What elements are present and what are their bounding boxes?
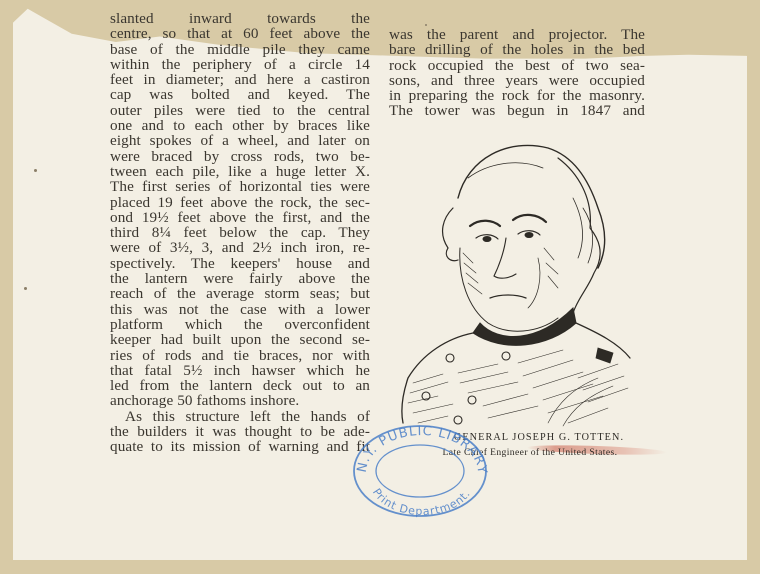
- text-line: the lantern were fairly above the: [110, 271, 370, 286]
- text-line: As this structure left the hands of: [110, 409, 370, 424]
- library-stamp: N.Y. PUBLIC LIBRARY. Print Department.: [352, 423, 489, 519]
- text-line: quate to its mission of warning and fit: [110, 439, 370, 454]
- text-line: were braced by cross rods, two be-: [110, 149, 370, 164]
- portrait-engraving: [398, 138, 634, 428]
- text-line: base of the middle pile they came: [110, 42, 370, 57]
- text-line: reach of the average storm seas; but: [110, 286, 370, 301]
- text-line: within the periphery of a circle 14: [110, 57, 370, 72]
- text-line: placed 19 feet above the rock, the sec-: [110, 195, 370, 210]
- text-line: tween each pile, like a huge letter X.: [110, 164, 370, 179]
- text-line: one and to each other by braces like: [110, 118, 370, 133]
- text-line: this was not the case with a lower: [110, 302, 370, 317]
- text-line: that fatal 5½ inch hawser which he: [110, 363, 370, 378]
- paper-speck: [24, 287, 27, 290]
- text-line: feet in diameter; and here a castiron: [110, 72, 370, 87]
- text-line: cap was bolted and keyed. The: [110, 87, 370, 102]
- text-line: eight spokes of a wheel, and later on: [110, 133, 370, 148]
- text-line: led from the lantern deck out to an: [110, 378, 370, 393]
- text-line: the builders it was thought to be ade-: [110, 424, 370, 439]
- stamp-top-text: N.Y. PUBLIC LIBRARY.: [352, 423, 489, 475]
- text-line: was the parent and projector. The: [389, 27, 645, 42]
- stamp-bottom-text: Print Department.: [370, 486, 473, 518]
- text-line: The first series of horizontal ties were: [110, 179, 370, 194]
- text-line: third 8¼ feet below the cap. They: [110, 225, 370, 240]
- text-line: anchorage 50 fathoms inshore.: [110, 393, 370, 408]
- text-line: were of 3½, 3, and 2½ inch iron, re-: [110, 240, 370, 255]
- paper-speck: [34, 169, 37, 172]
- text-line: bare drilling of the holes in the bed: [389, 42, 645, 57]
- text-line: in preparing the rock for the masonry.: [389, 88, 645, 103]
- text-line: keeper had built upon the second se-: [110, 332, 370, 347]
- left-text-column: slanted inward towards the centre, so th…: [110, 11, 370, 455]
- paper-speck: [425, 24, 427, 26]
- text-line: ond 19½ feet above the first, and the: [110, 210, 370, 225]
- text-line: rock occupied the best of two sea-: [389, 58, 645, 73]
- svg-text:Print Department.: Print Department.: [370, 486, 473, 518]
- text-line: slanted inward towards the: [110, 11, 370, 26]
- text-line: The tower was begun in 1847 and: [389, 103, 645, 118]
- text-line: sons, and three years were occupied: [389, 73, 645, 88]
- text-line: outer piles were tied to the central: [110, 103, 370, 118]
- text-line: centre, so that at 60 feet above the: [110, 26, 370, 41]
- text-line: spectively. The keepers' house and: [110, 256, 370, 271]
- text-line: platform which the overconfident: [110, 317, 370, 332]
- text-line: ries of rods and tie braces, nor with: [110, 348, 370, 363]
- svg-text:N.Y. PUBLIC LIBRARY.: N.Y. PUBLIC LIBRARY.: [352, 423, 489, 475]
- right-text-column: was the parent and projector. The bare d…: [389, 27, 645, 119]
